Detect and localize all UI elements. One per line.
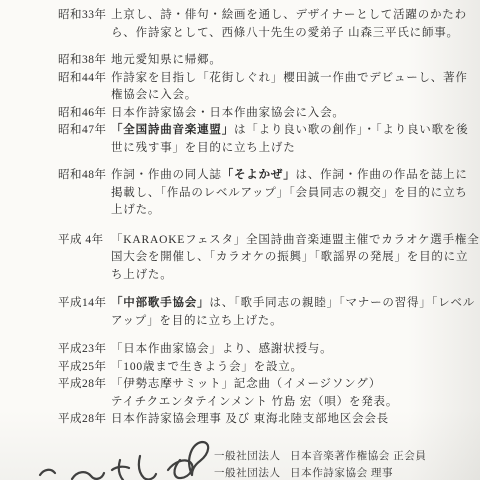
entry-line: 地元愛知県に帰郷。	[111, 52, 474, 70]
entry-description: 作詞・作曲の同人誌「そよかぜ」は、作詞・作曲の作品を誌上に掲載し、「作品のレベル…	[111, 167, 474, 220]
entry-line: 「全国詩曲音楽連盟」は「より良い歌の創作」・「より良い歌を後	[111, 122, 474, 140]
affiliation-org: 一般社団法人	[214, 448, 290, 465]
entry-line: 「KARAOKEフェスタ」全国詩曲音楽連盟主催でカラオケ選手権全	[111, 232, 480, 250]
timeline-entry: 昭和48年 作詞・作曲の同人誌「そよかぜ」は、作詞・作曲の作品を誌上に掲載し、「…	[58, 167, 474, 220]
entry-description: 「KARAOKEフェスタ」全国詩曲音楽連盟主催でカラオケ選手権全国大会を開催し、…	[111, 232, 480, 285]
entry-line: ら、作詩家として、西條八十先生の愛弟子 山森三平氏に師事。	[111, 25, 474, 43]
entry-description: 作詩家を目指し「花街しぐれ」櫻田誠一作曲でデビューし、著作権協会に入会。	[111, 70, 474, 105]
timeline-entry: 平成25年 「100歳まで生きよう会」を設立。	[58, 359, 474, 377]
entry-line: 日本作詩家協会理事 及び 東海北陸支部地区会会長	[111, 411, 474, 429]
entry-line: アップ」を目的に立ち上げた。	[111, 313, 475, 331]
entry-description: 「日本作曲家協会」より、感謝状授与。	[111, 341, 474, 359]
entry-description: 「伊勢志摩サミット」記念曲（イメージソング）テイチクエンタテインメント 竹島 宏…	[111, 376, 474, 411]
entry-line: ち上げた。	[111, 267, 480, 285]
timeline-entry: 平成23年 「日本作曲家協会」より、感謝状授与。	[58, 341, 474, 359]
entry-year: 昭和44年	[58, 70, 111, 105]
entry-description: 日本作詩家協会・日本作曲家協会に入会。	[111, 105, 474, 123]
scanned-document-page: 昭和33年 上京し、詩・俳句・絵画を通し、デザイナーとして活躍のかたわら、作詩家…	[0, 0, 480, 480]
entry-year: 平成14年	[58, 295, 111, 330]
timeline-entry: 平成28年 「伊勢志摩サミット」記念曲（イメージソング）テイチクエンタテインメン…	[58, 376, 474, 411]
entry-year: 平成28年	[58, 411, 111, 429]
timeline-entry: 昭和47年 「全国詩曲音楽連盟」は「より良い歌の創作」・「より良い歌を後世に残す…	[58, 122, 474, 157]
affiliation-title: 日本作詩家協会 理事	[290, 465, 393, 480]
timeline-entry: 平成28年 日本作詩家協会理事 及び 東海北陸支部地区会会長	[58, 411, 474, 429]
entry-line: 世に残す事」を目的に立ち上げた	[111, 140, 474, 158]
timeline-entry: 昭和44年 作詩家を目指し「花街しぐれ」櫻田誠一作曲でデビューし、著作権協会に入…	[58, 70, 474, 105]
affiliations-list: 一般社団法人 日本音楽著作権協会 正会員 一般社団法人 日本作詩家協会 理事	[214, 448, 426, 480]
entry-description: 「中部歌手協会」は、「歌手同志の親睦」「マナーの習得」「レベルアップ」を目的に立…	[111, 295, 475, 330]
timeline-entry: 平成14年 「中部歌手協会」は、「歌手同志の親睦」「マナーの習得」「レベルアップ…	[58, 295, 474, 330]
entry-line: 「日本作曲家協会」より、感謝状授与。	[111, 341, 474, 359]
entry-description: 日本作詩家協会理事 及び 東海北陸支部地区会会長	[111, 411, 474, 429]
entry-line: 「伊勢志摩サミット」記念曲（イメージソング）	[111, 376, 474, 394]
entry-line: 国大会を開催し、「カラオケの振興」「歌謡界の発展」を目的に立	[111, 249, 480, 267]
affiliation-item: 一般社団法人 日本作詩家協会 理事	[214, 465, 426, 480]
entry-year: 平成 4年	[58, 232, 111, 285]
entry-year: 昭和33年	[58, 7, 111, 42]
entry-description: 地元愛知県に帰郷。	[111, 52, 474, 70]
affiliation-org: 一般社団法人	[214, 465, 290, 480]
entry-line: テイチクエンタテインメント 竹島 宏（唄）を発表。	[111, 394, 474, 412]
timeline-entry: 昭和38年 地元愛知県に帰郷。	[58, 52, 474, 70]
entry-year: 平成23年	[58, 341, 111, 359]
affiliation-item: 一般社団法人 日本音楽著作権協会 正会員	[214, 448, 426, 465]
entry-line: 掲載し、「作品のレベルアップ」「会員同志の親交」を目的に立ち	[111, 185, 474, 203]
entry-description: 「100歳まで生きよう会」を設立。	[111, 359, 474, 377]
timeline-entry: 昭和33年 上京し、詩・俳句・絵画を通し、デザイナーとして活躍のかたわら、作詩家…	[58, 7, 474, 42]
entry-line: 日本作詩家協会・日本作曲家協会に入会。	[111, 105, 474, 123]
entry-line: 作詞・作曲の同人誌「そよかぜ」は、作詞・作曲の作品を誌上に	[111, 167, 474, 185]
entry-line: 権協会に入会。	[111, 87, 474, 105]
entry-year: 昭和47年	[58, 122, 111, 157]
entry-line: 作詩家を目指し「花街しぐれ」櫻田誠一作曲でデビューし、著作	[111, 70, 474, 88]
entry-year: 平成28年	[58, 376, 111, 411]
timeline-entry: 昭和46年 日本作詩家協会・日本作曲家協会に入会。	[58, 105, 474, 123]
entry-year: 昭和38年	[58, 52, 111, 70]
affiliation-title: 日本音楽著作権協会 正会員	[290, 448, 426, 465]
entry-year: 平成25年	[58, 359, 111, 377]
biography-timeline: 昭和33年 上京し、詩・俳句・絵画を通し、デザイナーとして活躍のかたわら、作詩家…	[58, 7, 474, 429]
entry-description: 上京し、詩・俳句・絵画を通し、デザイナーとして活躍のかたわら、作詩家として、西條…	[111, 7, 474, 42]
entry-description: 「全国詩曲音楽連盟」は「より良い歌の創作」・「より良い歌を後世に残す事」を目的に…	[111, 122, 474, 157]
handwritten-signature	[34, 433, 230, 480]
entry-year: 昭和46年	[58, 105, 111, 123]
entry-year: 昭和48年	[58, 167, 111, 220]
timeline-entry: 平成 4年 「KARAOKEフェスタ」全国詩曲音楽連盟主催でカラオケ選手権全国大…	[58, 232, 474, 285]
entry-line: 「中部歌手協会」は、「歌手同志の親睦」「マナーの習得」「レベル	[111, 295, 475, 313]
entry-line: 「100歳まで生きよう会」を設立。	[111, 359, 474, 377]
entry-line: 上げた。	[111, 202, 474, 220]
entry-line: 上京し、詩・俳句・絵画を通し、デザイナーとして活躍のかたわ	[111, 7, 474, 25]
